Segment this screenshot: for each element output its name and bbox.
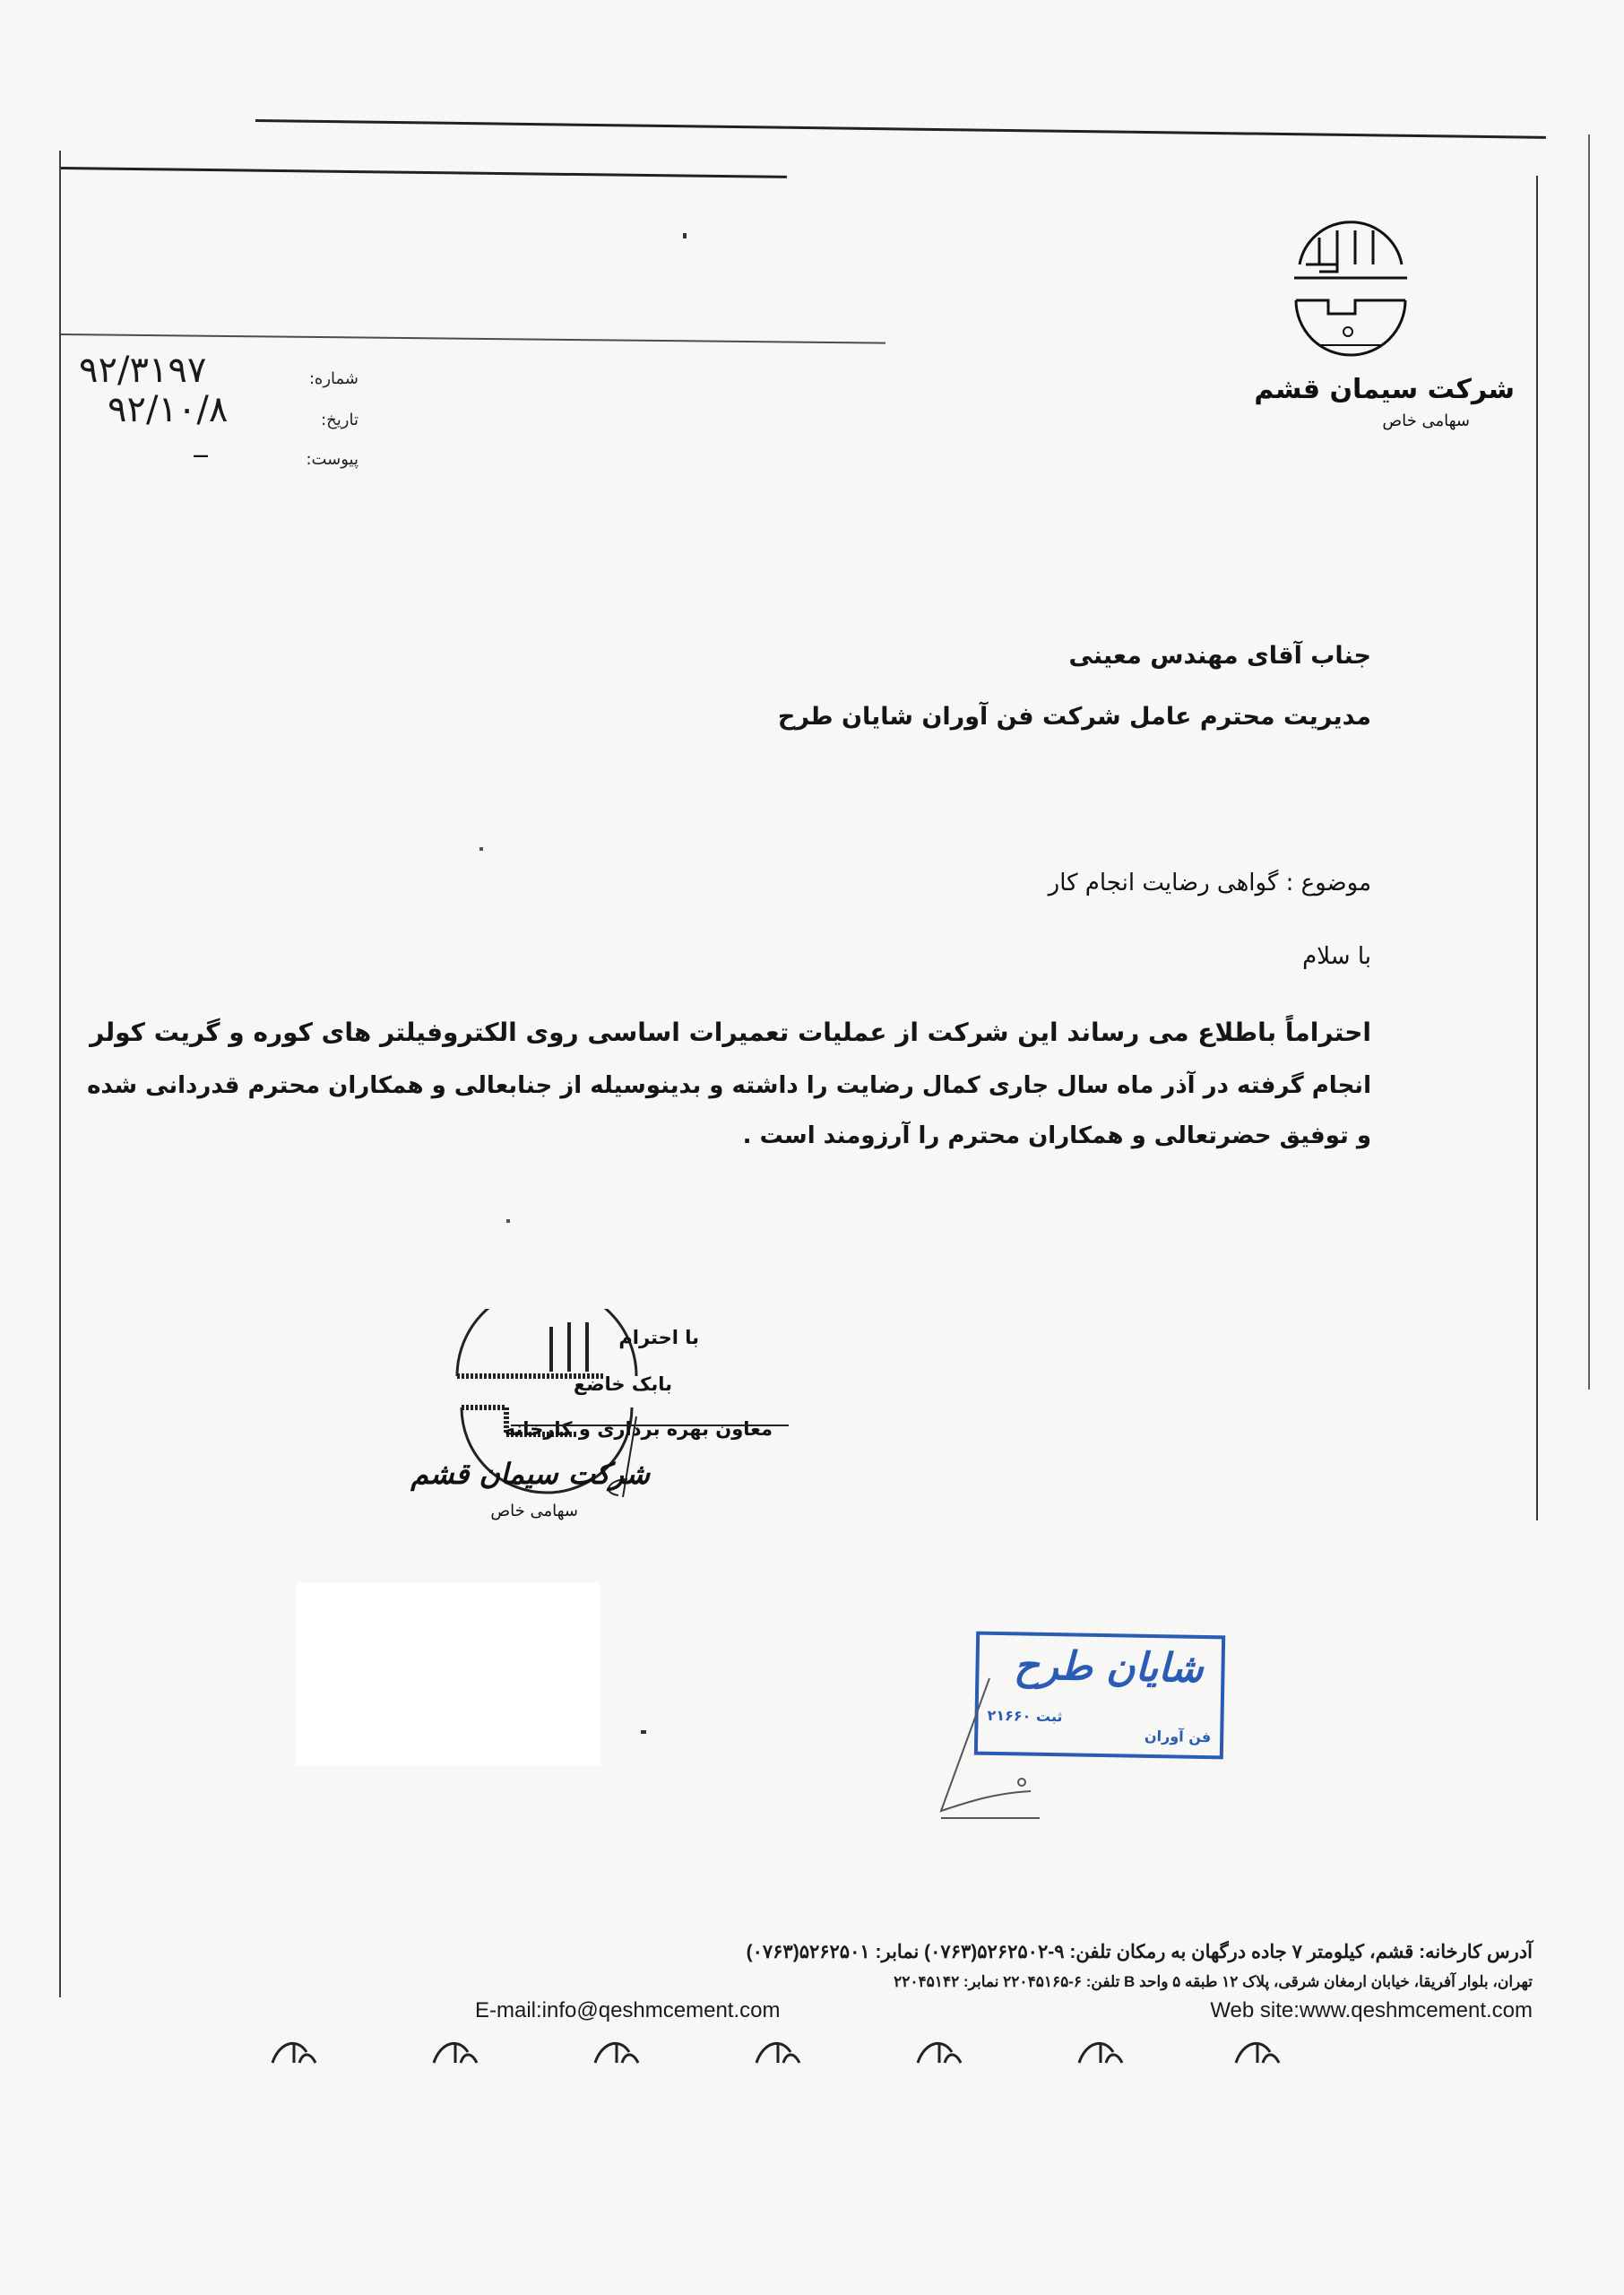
footer-website: Web site:www.qeshmcement.com [1210,1998,1533,2023]
body-line-2: انجام گرفته در آذر ماه سال جاری کمال رضا… [87,1072,1371,1099]
footer-wave-row [271,2038,1274,2070]
left-border-line [59,151,61,1997]
number-value: ۹۲/۳۱۹۷ [79,350,206,391]
letterhead: شرکت سیمان قشم سهامی خاص [1255,202,1524,435]
body-line-1: احتراماً باطلاع می رساند این شرکت از عمل… [90,1018,1371,1047]
wave-logo-icon [432,2038,480,2065]
number-label: شماره: [309,369,358,388]
qeshm-cement-logo-icon [1283,202,1418,372]
scan-speck [683,233,687,238]
wave-logo-icon [916,2038,964,2065]
right-outer-edge-line [1588,134,1590,1390]
tehran-address: تهران، بلوار آفریقا، خیابان ارمغان شرقی،… [894,1973,1533,1991]
date-value: ۹۲/۱۰/۸ [108,389,228,430]
company-name: شرکت سیمان قشم [1254,374,1515,405]
attachment-label: پیوست: [306,450,358,469]
factory-address: آدرس کارخانه: قشم، کیلومتر ۷ جاده درگهان… [747,1941,1533,1963]
scan-speck [641,1730,646,1734]
subject-line: موضوع : گواهی رضایت انجام کار [1049,870,1371,896]
signature-closing: با احترام [618,1327,699,1348]
greeting: با سلام [1302,943,1371,970]
wave-logo-icon [755,2038,803,2065]
footer: آدرس کارخانه: قشم، کیلومتر ۷ جاده درگهان… [260,1941,1533,2084]
header-divider-line [61,333,885,344]
right-border-line [1536,176,1538,1520]
inner-top-line [61,167,787,178]
received-signature-icon [923,1667,1049,1829]
wave-logo-icon [593,2038,642,2065]
body-line-3: و توفیق حضرتعالی و همکاران محترم را آرزو… [743,1122,1371,1149]
top-border-line [255,119,1546,139]
date-label: تاریخ: [321,411,358,429]
company-type: سهامی خاص [1382,411,1470,430]
wave-logo-icon [1077,2038,1126,2065]
redacted-area [296,1582,600,1766]
stamp-subtitle: فن آوران [1145,1728,1212,1745]
stamp-company-name: شرکت سیمان قشم [410,1457,650,1491]
scan-speck [479,847,483,851]
recipient-line-1: جناب آقای مهندس معینی [1069,642,1372,670]
wave-logo-icon [271,2038,319,2065]
scan-speck [506,1219,510,1223]
footer-email: E-mail:info@qeshmcement.com [475,1998,780,2023]
attachment-value: — [193,446,209,465]
reference-block: ۹۲/۳۱۹۷ شماره: ۹۲/۱۰/۸ تاریخ: — پیوست: [72,350,358,484]
recipient-line-2: مدیریت محترم عامل شرکت فن آوران شایان طر… [778,703,1371,731]
stamp-company-type: سهامی خاص [490,1502,578,1520]
wave-logo-icon [1234,2038,1283,2065]
signature-block: با احترام بابک خاضع معاون بهره برداری و … [394,1291,807,1551]
